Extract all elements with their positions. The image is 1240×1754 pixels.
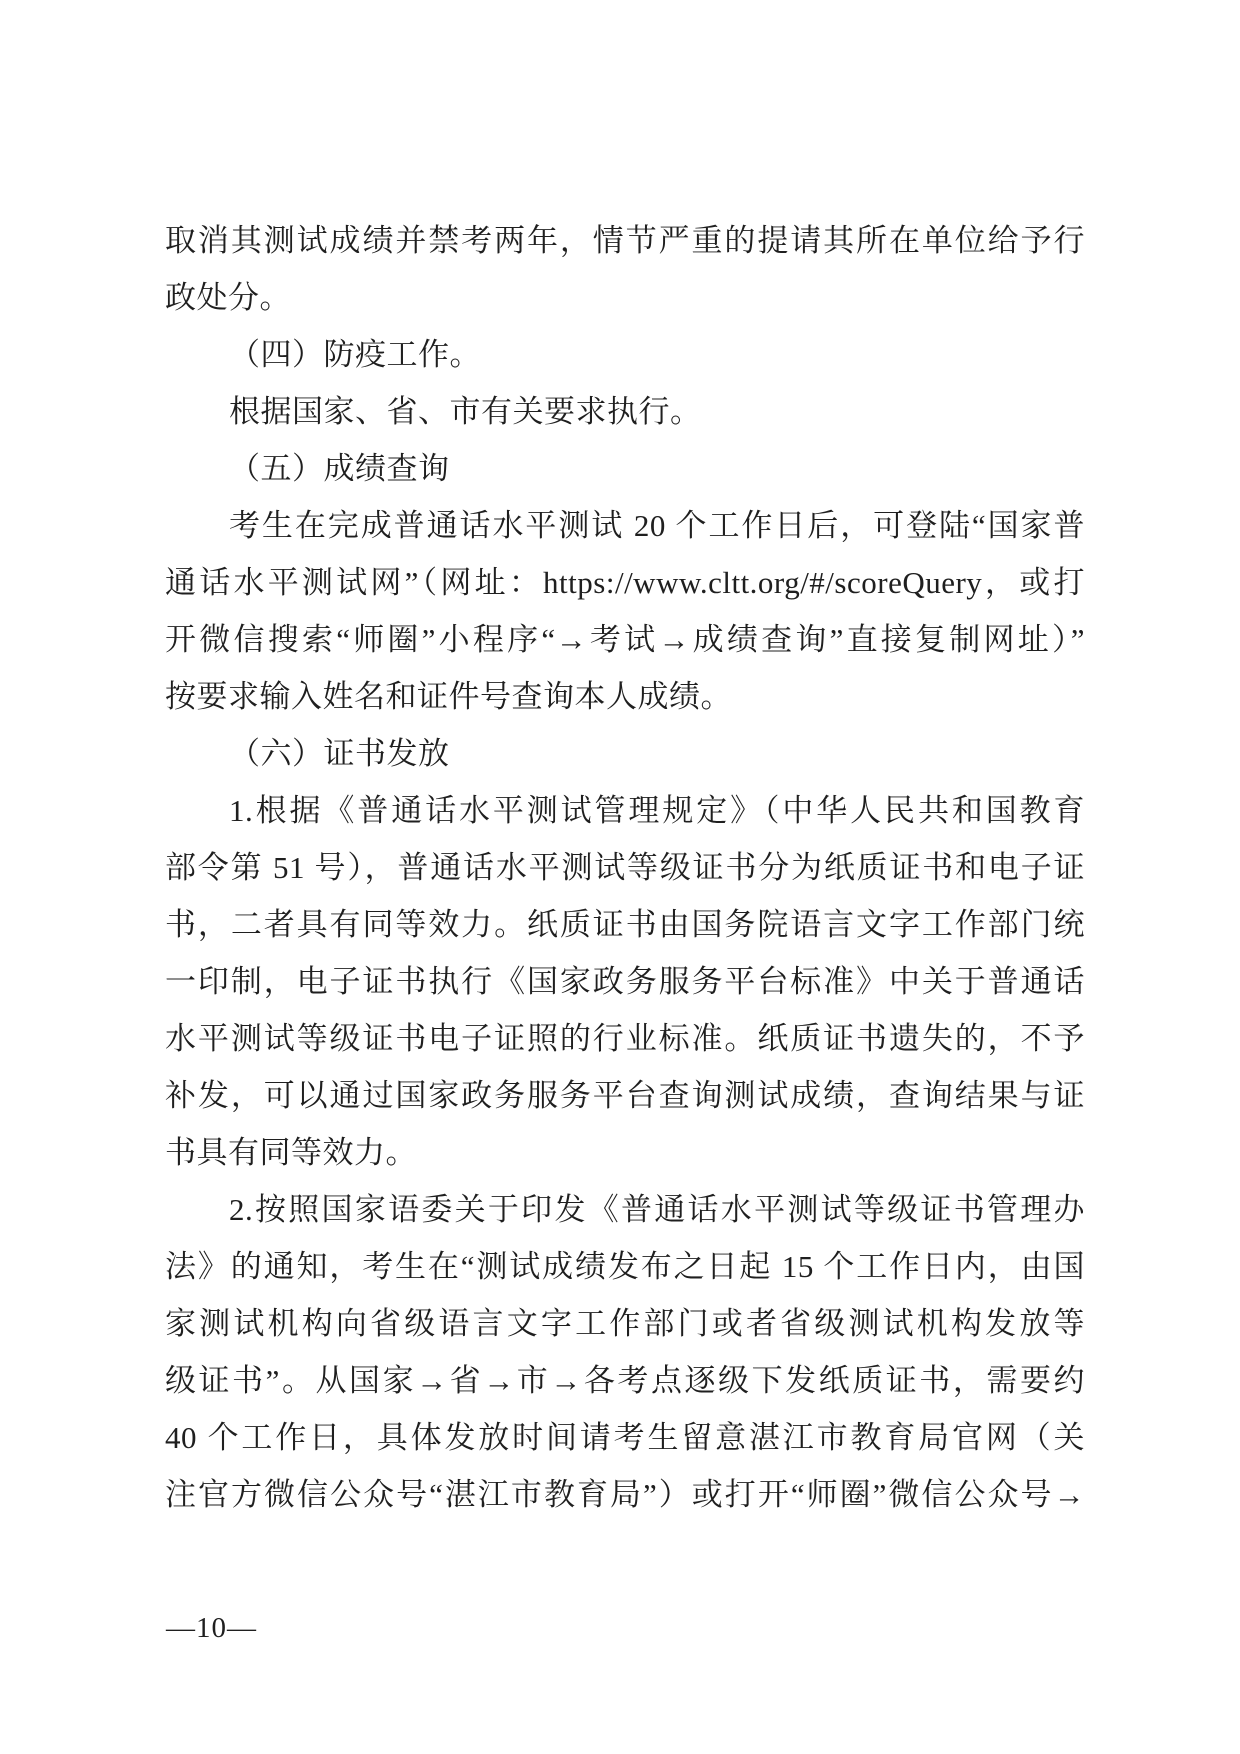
text-line: 1.根据《普通话水平测试管理规定》（中华人民共和国教育 xyxy=(165,782,1085,839)
text-line: 根据国家、省、市有关要求执行。 xyxy=(165,383,1085,440)
text-line: 通话水平测试网”（网址：https://www.cltt.org/#/score… xyxy=(165,554,1085,611)
text-line: 一印制，电子证书执行《国家政务服务平台标准》中关于普通话 xyxy=(165,953,1085,1010)
document-body: 取消其测试成绩并禁考两年，情节严重的提请其所在单位给予行政处分。（四）防疫工作。… xyxy=(165,212,1085,1523)
text-line: 级证书”。从国家→省→市→各考点逐级下发纸质证书，需要约 xyxy=(165,1352,1085,1409)
text-line: 书具有同等效力。 xyxy=(165,1124,1085,1181)
text-line: 按要求输入姓名和证件号查询本人成绩。 xyxy=(165,668,1085,725)
text-line: 补发，可以通过国家政务服务平台查询测试成绩，查询结果与证 xyxy=(165,1067,1085,1124)
text-line: 开微信搜索“师圈”小程序“→考试→成绩查询”直接复制网址）” xyxy=(165,611,1085,668)
text-line: 家测试机构向省级语言文字工作部门或者省级测试机构发放等 xyxy=(165,1295,1085,1352)
text-line: （六）证书发放 xyxy=(165,725,1085,782)
text-line: 法》的通知，考生在“测试成绩发布之日起 15 个工作日内，由国 xyxy=(165,1238,1085,1295)
text-line: 书，二者具有同等效力。纸质证书由国务院语言文字工作部门统 xyxy=(165,896,1085,953)
text-line: 部令第 51 号），普通话水平测试等级证书分为纸质证书和电子证 xyxy=(165,839,1085,896)
text-line: 政处分。 xyxy=(165,269,1085,326)
document-page: 取消其测试成绩并禁考两年，情节严重的提请其所在单位给予行政处分。（四）防疫工作。… xyxy=(0,0,1240,1754)
text-line: 40 个工作日，具体发放时间请考生留意湛江市教育局官网（关 xyxy=(165,1409,1085,1466)
text-line: 取消其测试成绩并禁考两年，情节严重的提请其所在单位给予行 xyxy=(165,212,1085,269)
text-line: 水平测试等级证书电子证照的行业标准。纸质证书遗失的，不予 xyxy=(165,1010,1085,1067)
text-line: 注官方微信公众号“湛江市教育局”）或打开“师圈”微信公众号→ xyxy=(165,1466,1085,1523)
text-line: （四）防疫工作。 xyxy=(165,326,1085,383)
page-number: —10— xyxy=(166,1612,257,1645)
text-line: （五）成绩查询 xyxy=(165,440,1085,497)
text-line: 考生在完成普通话水平测试 20 个工作日后，可登陆“国家普 xyxy=(165,497,1085,554)
text-line: 2.按照国家语委关于印发《普通话水平测试等级证书管理办 xyxy=(165,1181,1085,1238)
